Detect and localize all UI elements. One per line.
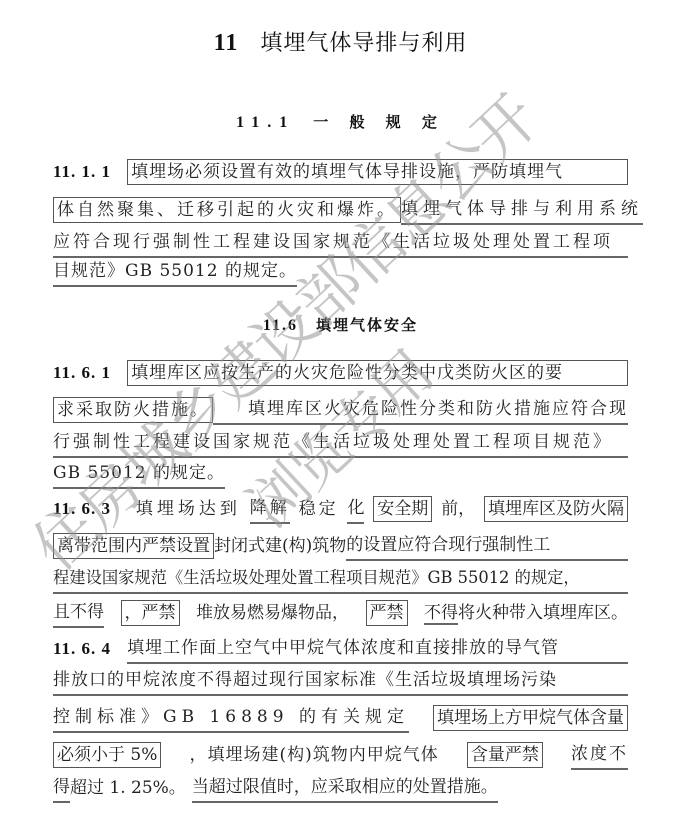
clause-11-1-1-line-3: 应符合现行强制性工程建设国家规范《生活垃圾处理处置工程项: [53, 228, 628, 258]
deleted-text-box: 填埋库区及防火隔: [484, 496, 628, 522]
deleted-text-box: 填埋场上方甲烷气体含量: [433, 705, 628, 731]
clause-11-6-4-line-2: 排放口的甲烷浓度不得超过现行国家标准《生活垃圾填埋场污染: [53, 666, 628, 696]
inserted-text: 目规范》GB 55012 的规定。: [53, 257, 297, 287]
clause-11-6-4-line-5: 得 超过 1. 25%。 当超过限值时，应采取相应的处置措施。: [53, 773, 628, 803]
deleted-text-box: 填埋库区应按生产的火灾危险性分类中戊类防火区的要: [127, 360, 628, 386]
clause-11-6-1-line-1: 11. 6. 1 填埋库区应按生产的火灾危险性分类中戊类防火区的要: [53, 358, 628, 388]
clause-11-6-4-line-4: 必须小于 5% ，填埋场建(构)筑物内甲烷气体 含量严禁 浓度不: [53, 740, 628, 770]
inserted-text: 应符合现行强制性工程建设国家规范《生活垃圾处理处置工程项: [53, 228, 628, 258]
deleted-text-box: 严禁: [366, 600, 408, 626]
deleted-text-box: 含量严禁: [467, 742, 543, 768]
deleted-text-box: ，严禁: [121, 600, 180, 626]
clause-number: 11. 6. 3: [53, 495, 111, 523]
chapter-title-text: 填埋气体导排与利用: [260, 31, 467, 56]
inserted-text: 填埋气体导排与利用系统: [401, 195, 643, 225]
inserted-text: 降解: [250, 494, 290, 524]
inserted-text: 程建设国家规范《生活垃圾处理处置工程项目规范》GB 55012 的规定，: [53, 564, 628, 594]
section-title-11-1: 11.1一 般 规 定: [0, 111, 681, 132]
chapter-number: 11: [214, 30, 239, 56]
clause-11-1-1-line-4: 目规范》GB 55012 的规定。: [53, 257, 628, 287]
clause-11-6-3-line-1: 11. 6. 3 填埋场达到 降解 稳定 化 安全期 前， 填埋库区及防火隔: [53, 494, 628, 524]
inserted-text: 且不得: [53, 598, 104, 628]
clause-number: 11. 1. 1: [53, 158, 111, 186]
clause-number: 11. 6. 4: [53, 635, 111, 663]
inserted-text: 不得: [424, 603, 458, 625]
deleted-text-box: 求采取防火措施。: [53, 397, 213, 423]
clause-11-6-3-line-3: 程建设国家规范《生活垃圾处理处置工程项目规范》GB 55012 的规定，: [53, 564, 628, 594]
deleted-text-box: 安全期: [373, 496, 432, 522]
inserted-text: 当超过限值时，应采取相应的处置措施。: [192, 773, 498, 803]
clause-11-6-3-line-4: 且不得 ，严禁 堆放易燃易爆物品， 严禁 不得将火种带入填埋库区。: [53, 598, 628, 628]
document-page: 11填埋气体导排与利用 11.1一 般 规 定 11. 1. 1 填埋场必须设置…: [0, 0, 681, 833]
clause-11-6-1-line-2: 求采取防火措施。 填埋库区火灾危险性分类和防火措施应符合现: [53, 395, 628, 425]
clause-11-1-1-line-2: 体自然聚集、迁移引起的火灾和爆炸。 填埋气体导排与利用系统: [53, 195, 628, 225]
clause-11-6-1-line-4: GB 55012 的规定。: [53, 459, 628, 489]
inserted-text: 排放口的甲烷浓度不得超过现行国家标准《生活垃圾填埋场污染: [53, 666, 628, 696]
inserted-text: 浓度不: [571, 740, 628, 770]
deleted-text-box: 填埋场必须设置有效的填埋气体导排设施，严防填埋气: [127, 159, 628, 185]
inserted-text: 填埋库区火灾危险性分类和防火措施应符合现: [213, 395, 628, 425]
deleted-text-box: 体自然聚集、迁移引起的火灾和爆炸。: [53, 197, 401, 223]
clause-11-1-1-line-1: 11. 1. 1 填埋场必须设置有效的填埋气体导排设施，严防填埋气: [53, 157, 628, 187]
clause-11-6-4-line-3: 控制标准》GB 16889 的有关规定 填埋场上方甲烷气体含量: [53, 703, 628, 733]
inserted-text: GB 55012 的规定。: [53, 459, 225, 489]
clause-11-6-1-line-3: 行强制性工程建设国家规范《生活垃圾处理处置工程项目规范》: [53, 428, 628, 458]
deleted-text-box: 离带范围内严禁设置: [53, 533, 214, 559]
inserted-text: 控制标准》GB 16889 的有关规定: [53, 703, 409, 733]
section-title-11-6: 11.6填埋气体安全: [0, 314, 681, 335]
inserted-text: 行强制性工程建设国家规范《生活垃圾处理处置工程项目规范》: [53, 428, 628, 458]
clause-11-6-3-line-2: 离带范围内严禁设置 封闭式建(构)筑物 的设置应符合现行强制性工: [53, 531, 628, 561]
inserted-text: 的设置应符合现行强制性工: [346, 531, 628, 561]
inserted-text: 化: [347, 494, 364, 524]
clause-number: 11. 6. 1: [53, 359, 111, 387]
clause-11-6-4-line-1: 11. 6. 4 填埋工作面上空气中甲烷气体浓度和直接排放的导气管: [53, 634, 628, 664]
inserted-text: 得: [53, 773, 70, 803]
deleted-text-box: 必须小于 5%: [53, 742, 161, 768]
chapter-title: 11填埋气体导排与利用: [0, 26, 681, 57]
inserted-text: 填埋工作面上空气中甲烷气体浓度和直接排放的导气管: [127, 634, 628, 664]
